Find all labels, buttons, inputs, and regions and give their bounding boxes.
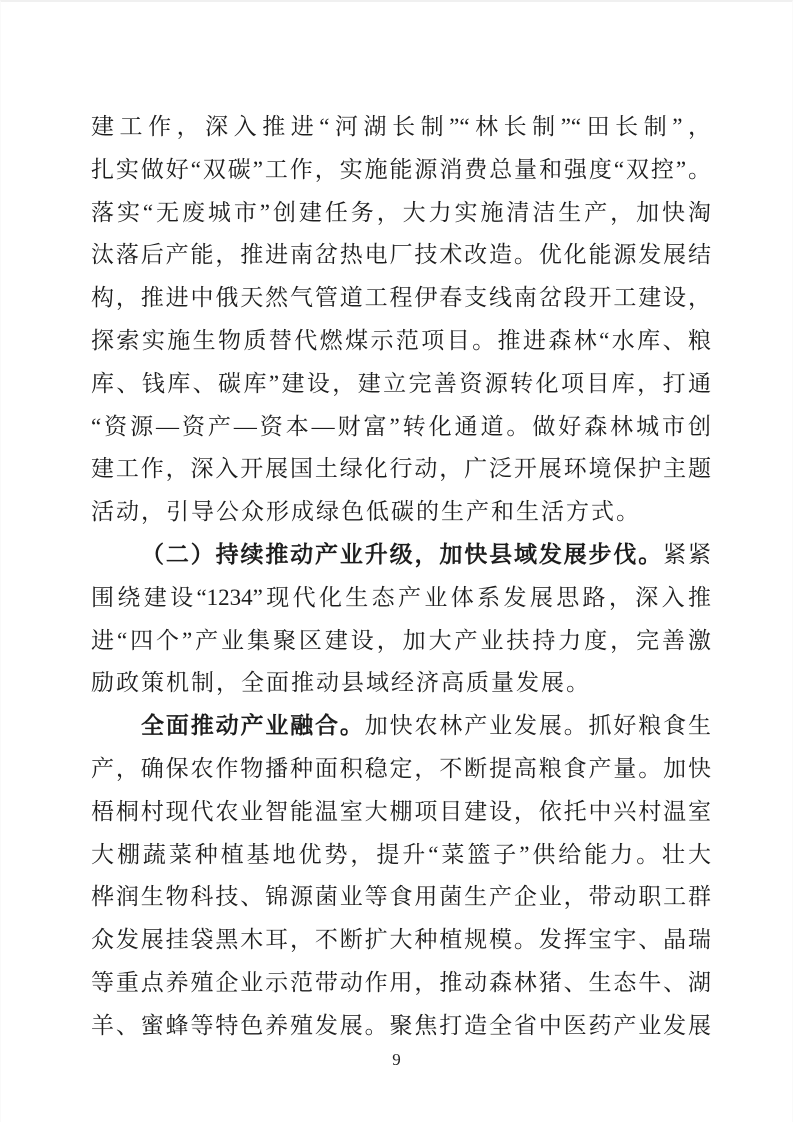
- bold-heading-segment: 全面推动产业融合。: [141, 713, 365, 738]
- text-line: 库、钱库、碳库”建设，建立完善资源转化项目库，打通: [91, 363, 711, 406]
- text-line: 活动，引导公众形成绿色低碳的生产和生活方式。: [91, 491, 711, 534]
- text-line: 构，推进中俄天然气管道工程伊春支线南岔段开工建设，: [91, 277, 711, 320]
- document-body: 建工作，深入推进“河湖长制”“林长制”“田长制”，扎实做好“双碳”工作，实施能源…: [91, 106, 711, 1048]
- text-line: 围绕建设“1234”现代化生态产业体系发展思路，深入推: [91, 577, 711, 620]
- text-line: 励政策机制，全面推动县域经济高质量发展。: [91, 662, 711, 705]
- text-line: “资源—资产—资本—财富”转化通道。做好森林城市创: [91, 406, 711, 449]
- text-line: 众发展挂袋黑木耳，不断扩大种植规模。发挥宝宇、晶瑞: [91, 919, 711, 962]
- page-number: 9: [1, 1050, 792, 1070]
- text-line: 建工作，深入推进“河湖长制”“林长制”“田长制”，: [91, 106, 711, 149]
- text-line: 桦润生物科技、锦源菌业等食用菌生产企业，带动职工群: [91, 876, 711, 919]
- text-line: 大棚蔬菜种植基地优势，提升“菜篮子”供给能力。壮大: [91, 834, 711, 877]
- text-line: 梧桐村现代农业智能温室大棚项目建设，依托中兴村温室: [91, 791, 711, 834]
- text-line: 建工作，深入开展国土绿化行动，广泛开展环境保护主题: [91, 448, 711, 491]
- text-line: 全面推动产业融合。加快农林产业发展。抓好粮食生: [91, 705, 711, 748]
- bold-heading-segment: （二）持续推动产业升级，加快县域发展步伐。: [141, 542, 663, 567]
- text-line: 等重点养殖企业示范带动作用，推动森林猪、生态牛、湖: [91, 962, 711, 1005]
- text-line: 扎实做好“双碳”工作，实施能源消费总量和强度“双控”。: [91, 149, 711, 192]
- text-line: 汰落后产能，推进南岔热电厂技术改造。优化能源发展结: [91, 234, 711, 277]
- text-line: 进“四个”产业集聚区建设，加大产业扶持力度，完善激: [91, 620, 711, 663]
- text-line: 落实“无废城市”创建任务，大力实施清洁生产，加快淘: [91, 192, 711, 235]
- document-page: 建工作，深入推进“河湖长制”“林长制”“田长制”，扎实做好“双碳”工作，实施能源…: [0, 0, 793, 1122]
- text-line: 探索实施生物质替代燃煤示范项目。推进森林“水库、粮: [91, 320, 711, 363]
- text-line: 产，确保农作物播种面积稳定，不断提高粮食产量。加快: [91, 748, 711, 791]
- text-line: 羊、蜜蜂等特色养殖发展。聚焦打造全省中医药产业发展: [91, 1005, 711, 1048]
- text-line: （二）持续推动产业升级，加快县域发展步伐。紧紧: [91, 534, 711, 577]
